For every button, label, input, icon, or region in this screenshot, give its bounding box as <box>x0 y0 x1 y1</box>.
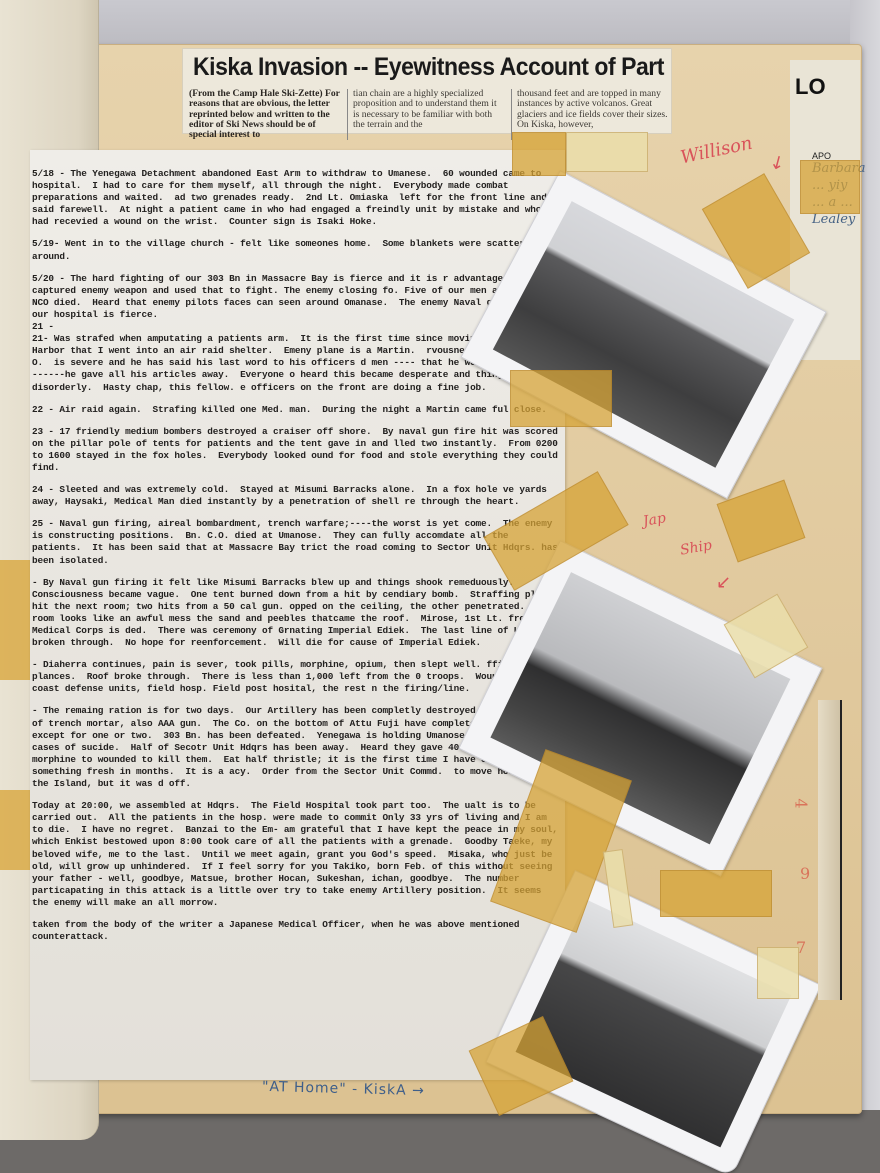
diary-entry: 5/18 - The Yenegawa Detachment abandoned… <box>32 168 562 228</box>
newspaper-strip <box>818 700 842 1000</box>
diary-entry: - By Naval gun firing it felt like Misum… <box>32 577 562 650</box>
tape-strip <box>800 160 860 214</box>
side-clipping-fragment: LO <box>795 74 826 100</box>
diary-entry: 24 - Sleeted and was extremely cold. Sta… <box>32 484 562 508</box>
tape-strip <box>757 947 799 999</box>
diary-entry: taken from the body of the writer a Japa… <box>32 919 562 943</box>
arrow-down-icon: ↙ <box>716 572 731 593</box>
newspaper-clipping: Kiska Invasion -- Eyewitness Account of … <box>182 48 672 134</box>
diary-entry: 5/19- Went in to the village church - fe… <box>32 238 562 262</box>
diary-entry: Today at 20:00, we assembled at Hdqrs. T… <box>32 800 562 909</box>
tape-strip <box>0 560 34 680</box>
diary-entry: - Diaherra continues, pain is sever, too… <box>32 659 562 695</box>
clipping-column: (From the Camp Hale Ski-Zette) For reaso… <box>189 89 341 140</box>
diary-entry: 23 - 17 friendly medium bombers destroye… <box>32 426 562 474</box>
tape-strip <box>0 790 34 870</box>
tape-strip <box>510 370 612 427</box>
handwritten-number: 4 <box>792 798 811 808</box>
diary-entry: 22 - Air raid again. Strafing killed one… <box>32 404 562 416</box>
handwritten-number: 9 <box>800 864 810 883</box>
tape-strip <box>512 132 566 176</box>
tape-strip <box>660 870 772 917</box>
diary-text: 5/18 - The Yenegawa Detachment abandoned… <box>32 168 562 953</box>
diary-entry: 25 - Naval gun firing, aireal bombardmen… <box>32 518 562 566</box>
tape-strip <box>566 132 648 172</box>
clipping-headline: Kiska Invasion -- Eyewitness Account of … <box>193 53 664 82</box>
handwritten-number: 7 <box>796 938 806 957</box>
clipping-column: tian chain are a highly specialized prop… <box>347 89 505 140</box>
